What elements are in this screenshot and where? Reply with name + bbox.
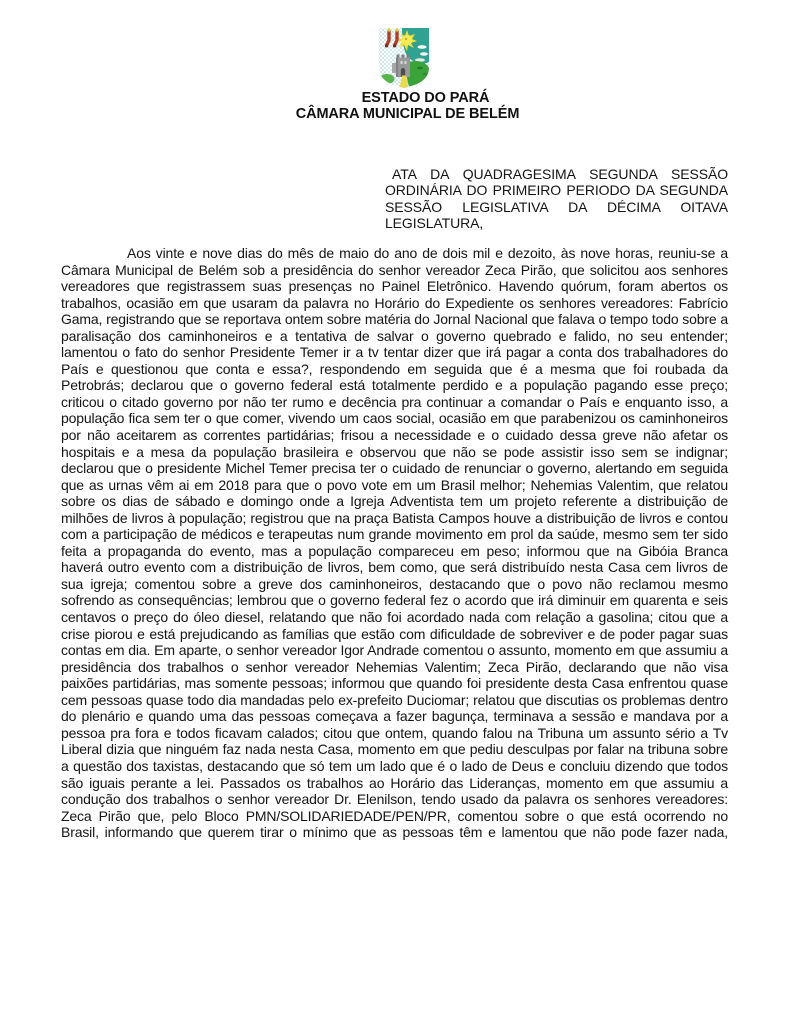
header-state: ESTADO DO PARÁ xyxy=(30,91,791,107)
header-institution: CÂMARA MUNICIPAL DE BELÉM xyxy=(12,107,791,123)
document-page: ESTADO DO PARÁ CÂMARA MUNICIPAL DE BELÉM… xyxy=(0,0,791,1024)
letterhead: ESTADO DO PARÁ CÂMARA MUNICIPAL DE BELÉM xyxy=(0,91,791,122)
coat-of-arms-icon xyxy=(376,27,432,89)
session-title: ATA DA QUADRAGESIMA SEGUNDA SESSÃO ORDIN… xyxy=(385,166,728,231)
minutes-paragraph: Aos vinte e nove dias do mês de maio do … xyxy=(61,245,728,841)
